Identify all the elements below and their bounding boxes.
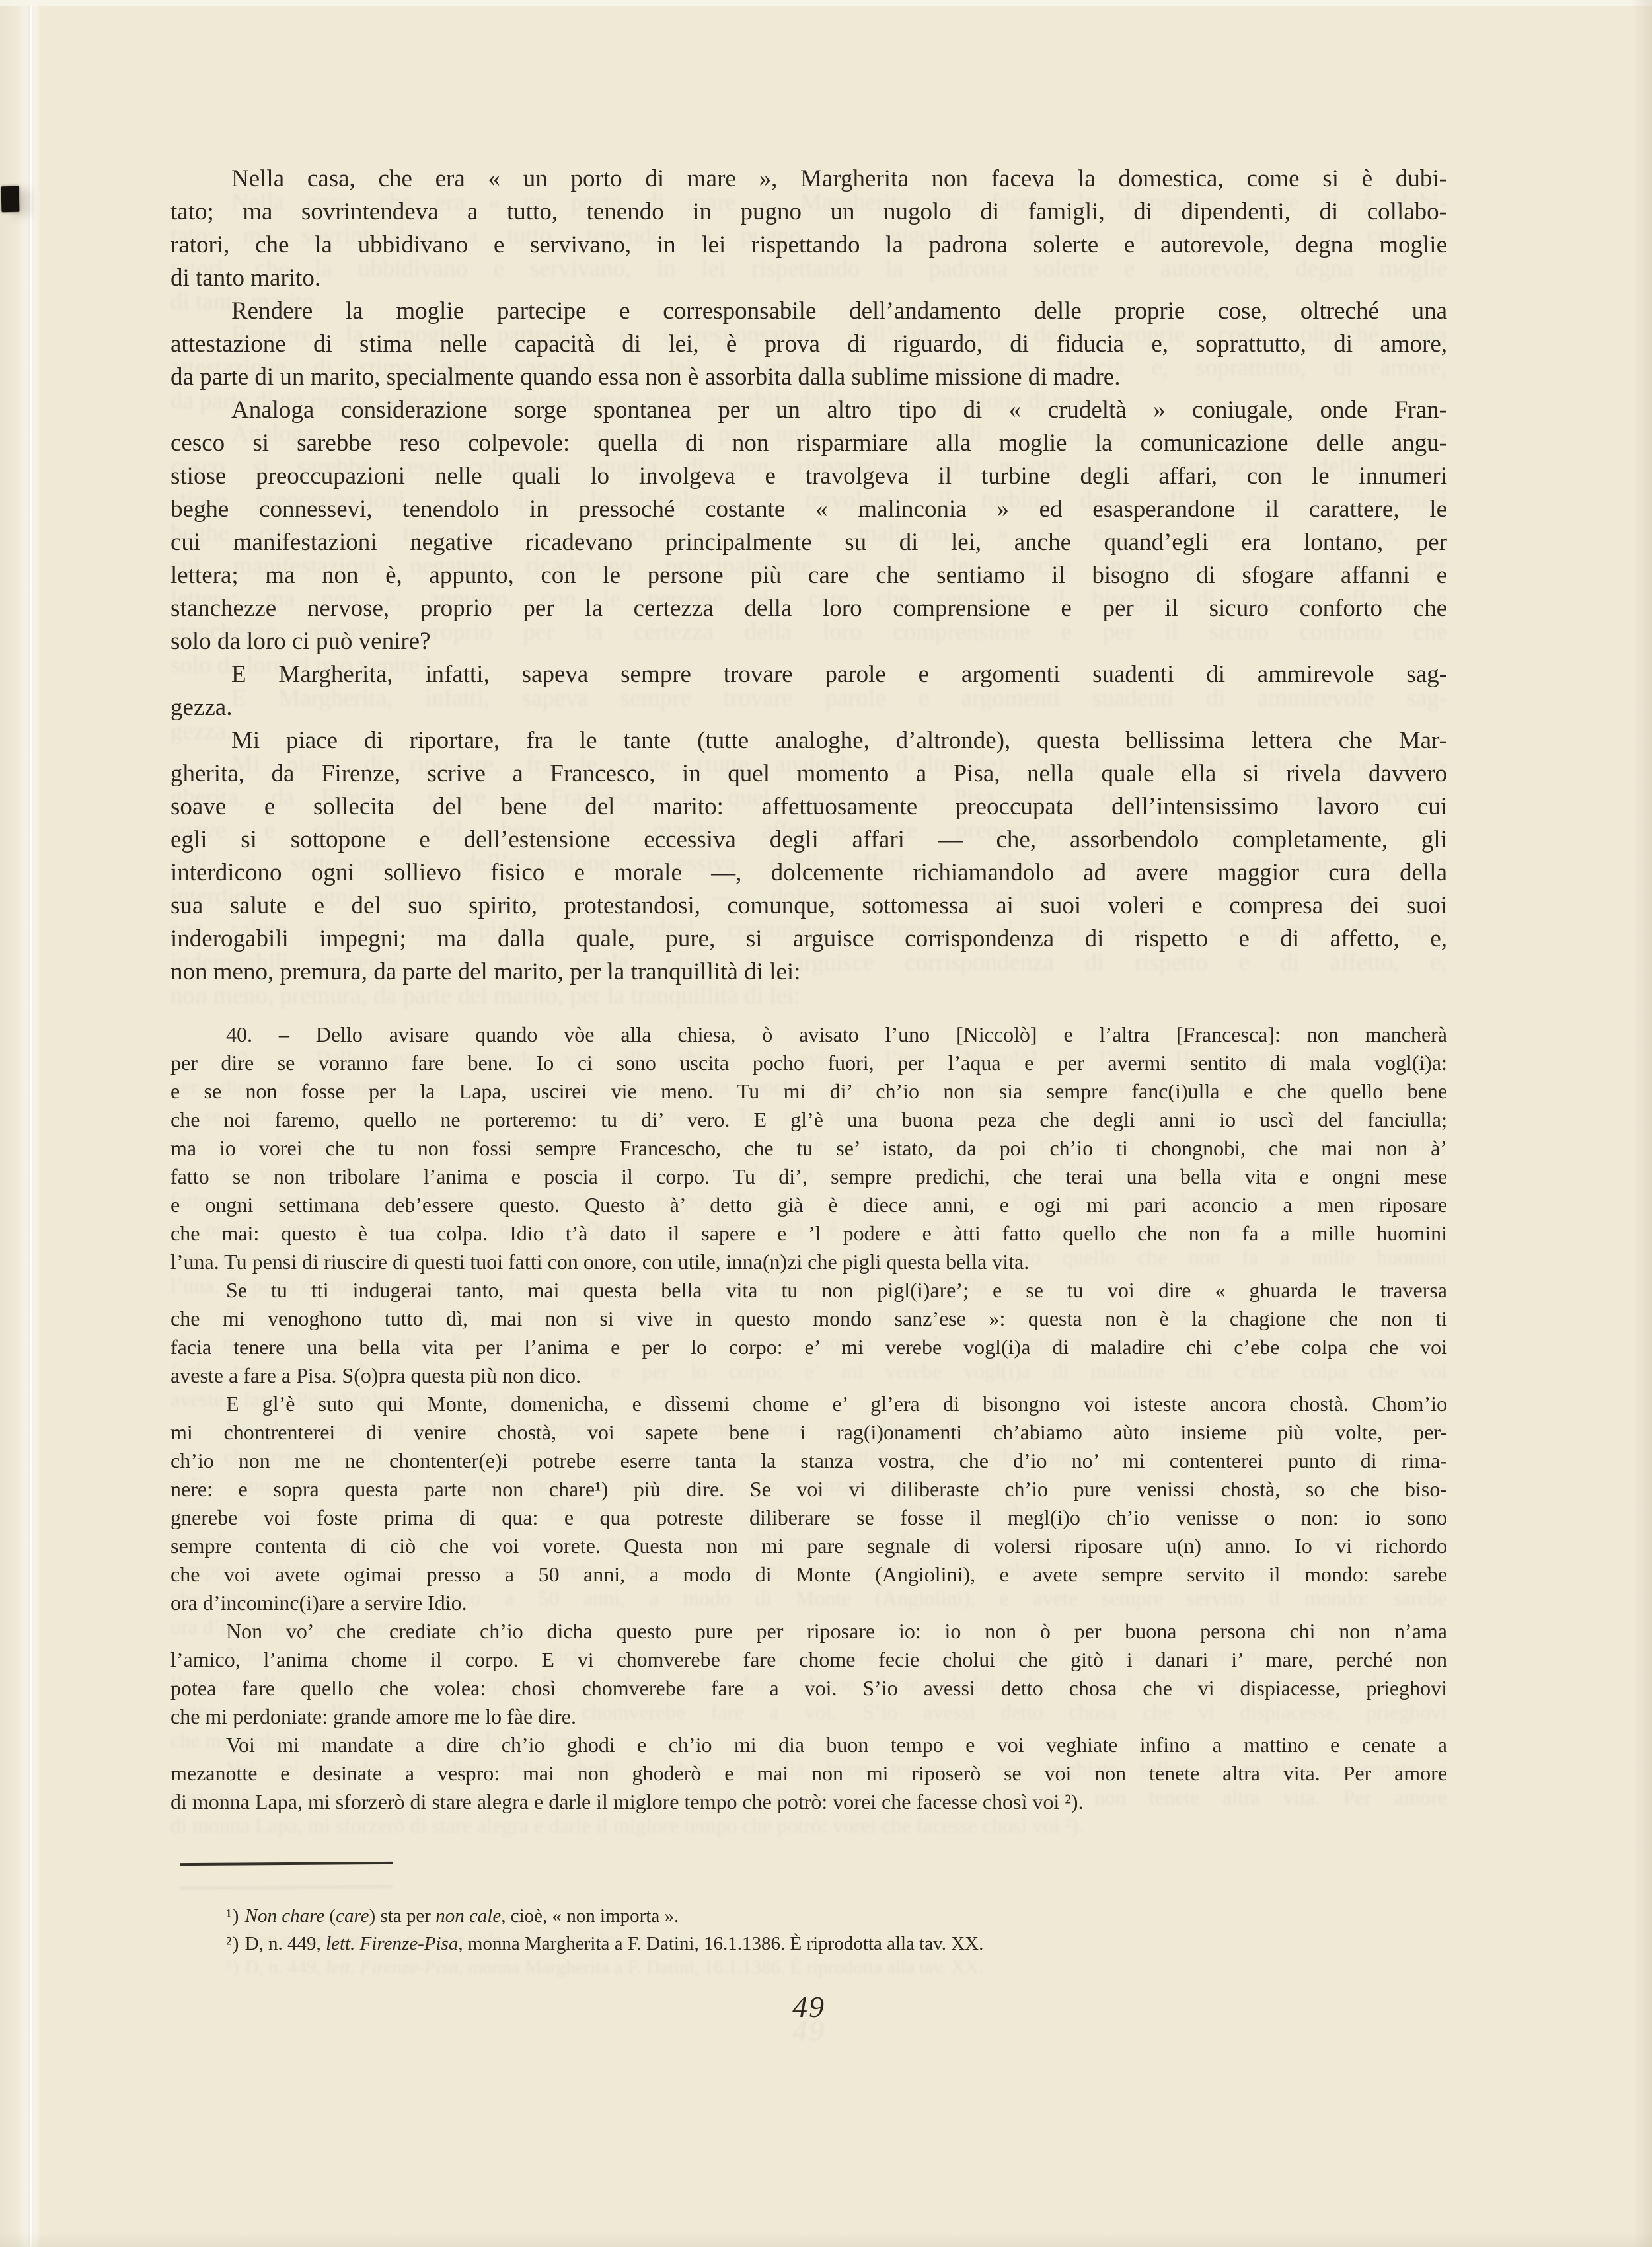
paragraph: E gl’è suto qui Monte, domenicha, e dìss… (170, 1390, 1447, 1617)
letter-quote: 40. – Dello avisare quando vòe alla chie… (170, 1020, 1447, 1816)
paragraph: Analoga considerazione sorge spontanea p… (170, 394, 1447, 658)
text-line: fatto se non tribolare l’anima e poscia … (170, 1162, 1447, 1191)
text-line: che noi faremo, quello ne porteremo: tu … (170, 1106, 1447, 1134)
text-line: sempre contenta di ciò che voi vorete. Q… (170, 1532, 1447, 1560)
footnote-text: , monna Margherita a F. Datini, 16.1.138… (458, 1933, 983, 1954)
text-line: mezanotte e desinate a vespro: mai non g… (170, 1759, 1447, 1788)
paragraph: 40. – Dello avisare quando vòe alla chie… (170, 1020, 1447, 1276)
paragraph: Rendere la moglie partecipe e correspons… (170, 295, 1447, 394)
text-line: tato; ma sovrintendeva a tutto, tenendo … (170, 196, 1447, 229)
text-line: Voi mi mandate a dire ch’io ghodi e ch’i… (170, 1731, 1447, 1759)
footnote-text: care (336, 1905, 369, 1926)
text-line: da parte di un marito, specialmente quan… (170, 361, 1447, 394)
text-line: gherita, da Firenze, scrive a Francesco,… (170, 757, 1447, 790)
text-line: aveste a fare a Pisa. S(o)pra questa più… (170, 1361, 1447, 1390)
paragraph: E Margherita, infatti, sapeva sempre tro… (170, 658, 1447, 724)
paragraph: Non vo’ che crediate ch’io dicha questo … (170, 1617, 1447, 1731)
footnote-divider (180, 1862, 393, 1866)
text-line: 40. – Dello avisare quando vòe alla chie… (170, 1020, 1447, 1049)
footnote-marker: ²) (226, 1933, 245, 1954)
page-number: 49 (170, 1989, 1447, 2024)
text-line: che mai: questo è tua colpa. Idio t’à da… (170, 1219, 1447, 1248)
footnote-text: lett. Firenze-Pisa (326, 1933, 458, 1954)
footnote-text: ) sta per (369, 1905, 436, 1926)
text-line: Nella casa, che era « un porto di mare »… (170, 163, 1447, 196)
text-line: Analoga considerazione sorge spontanea p… (170, 394, 1447, 427)
text-line: l’una. Tu pensi di riuscire di questi tu… (170, 1248, 1447, 1276)
text-line: che mi venoghono tutto dì, mai non si vi… (170, 1305, 1447, 1333)
text-block: Nella casa, che era « un porto di mare »… (170, 163, 1447, 2024)
text-line: nere: e sopra questa parte non chare¹) p… (170, 1475, 1447, 1504)
text-line: interdicono ogni sollievo fisico e moral… (170, 857, 1447, 890)
footnote-marker: ¹) (226, 1905, 245, 1926)
text-line: ora d’incominc(i)are a servire Idio. (170, 1589, 1447, 1617)
page-bottom-shade (0, 2232, 1652, 2247)
text-line: Non vo’ che crediate ch’io dicha questo … (170, 1617, 1447, 1646)
footnote-text: non cale (435, 1905, 501, 1926)
text-line: inderogabili impegni; ma dalla quale, pu… (170, 923, 1447, 956)
page-right-shade (1632, 0, 1652, 2247)
text-line: ch’io non me ne chontenter(e)i potrebe e… (170, 1447, 1447, 1475)
text-line: cesco si sarebbe reso colpevole: quella … (170, 427, 1447, 460)
intro-paragraphs: Nella casa, che era « un porto di mare »… (170, 163, 1447, 989)
text-line: Se tu tti indugerai tanto, mai questa be… (170, 1276, 1447, 1305)
footnote-text: D, n. 449, (245, 1933, 326, 1954)
text-line: di monna Lapa, mi sforzerò di stare aleg… (170, 1788, 1447, 1816)
footnote-text: Non chare (245, 1905, 325, 1926)
text-line: potea fare quello che volea: chosì chomv… (170, 1674, 1447, 1702)
text-line: solo da loro ci può venire? (170, 625, 1447, 658)
book-page: Nella casa, che era « un porto di mare »… (0, 0, 1652, 2247)
paragraph: Voi mi mandate a dire ch’io ghodi e ch’i… (170, 1731, 1447, 1816)
text-line: che voi avete ogimai presso a 50 anni, a… (170, 1560, 1447, 1589)
footnotes: ¹) Non chare (care) sta per non cale, ci… (170, 1902, 1447, 1958)
text-line: stiose preoccupazioni nelle quali lo inv… (170, 460, 1447, 493)
text-line: stanchezze nervose, proprio per la certe… (170, 592, 1447, 625)
text-line: per dire se voranno fare bene. Io ci son… (170, 1049, 1447, 1077)
text-line: E Margherita, infatti, sapeva sempre tro… (170, 658, 1447, 691)
text-line: che mi perdoniate: grande amore me lo fà… (170, 1702, 1447, 1731)
paragraph: Mi piace di riportare, fra le tante (tut… (170, 724, 1447, 989)
paragraph: Se tu tti indugerai tanto, mai questa be… (170, 1276, 1447, 1390)
footnote-text: ( (324, 1905, 336, 1926)
text-line: attestazione di stima nelle capacità di … (170, 328, 1447, 361)
text-line: gezza. (170, 691, 1447, 724)
footnote: ¹) Non chare (care) sta per non cale, ci… (170, 1902, 1447, 1930)
text-line: non meno, premura, da parte del marito, … (170, 956, 1447, 989)
text-line: facia tenere una bella vita per l’anima … (170, 1333, 1447, 1361)
text-line: Mi piace di riportare, fra le tante (tut… (170, 724, 1447, 757)
page-left-edge (0, 0, 41, 2247)
text-line: E gl’è suto qui Monte, domenicha, e dìss… (170, 1390, 1447, 1418)
ink-blot-mark (1, 186, 20, 213)
footnote: ²) D, n. 449, lett. Firenze-Pisa, monna … (170, 1930, 1447, 1958)
text-line: Rendere la moglie partecipe e correspons… (170, 295, 1447, 328)
text-line: e se non fosse per la Lapa, uscirei vie … (170, 1077, 1447, 1106)
text-line: beghe connessevi, tenendolo in pressoché… (170, 493, 1447, 526)
page-top-edge (0, 0, 1652, 6)
paragraph: Nella casa, che era « un porto di mare »… (170, 163, 1447, 295)
footnote-text: , cioè, « non importa ». (501, 1905, 679, 1926)
text-line: lettera; ma non è, appunto, con le perso… (170, 559, 1447, 592)
text-line: l’amico, l’anima chome il corpo. E vi ch… (170, 1646, 1447, 1674)
text-line: ratori, che la ubbidivano e servivano, i… (170, 229, 1447, 262)
text-line: sua salute e del suo spirito, protestand… (170, 890, 1447, 923)
text-line: e ongni settimana deb’essere questo. Que… (170, 1191, 1447, 1219)
text-line: gnerebe voi foste prima di qua: e qua po… (170, 1504, 1447, 1532)
text-line: mi chontrenterei di venire chostà, voi s… (170, 1418, 1447, 1447)
text-line: di tanto marito. (170, 262, 1447, 295)
text-line: ma io vorei che tu non fossi sempre Fran… (170, 1134, 1447, 1162)
text-line: cui manifestazioni negative ricadevano p… (170, 526, 1447, 559)
text-line: soave e sollecita del bene del marito: a… (170, 790, 1447, 823)
text-line: egli si sottopone e dell’estensione ecce… (170, 823, 1447, 857)
